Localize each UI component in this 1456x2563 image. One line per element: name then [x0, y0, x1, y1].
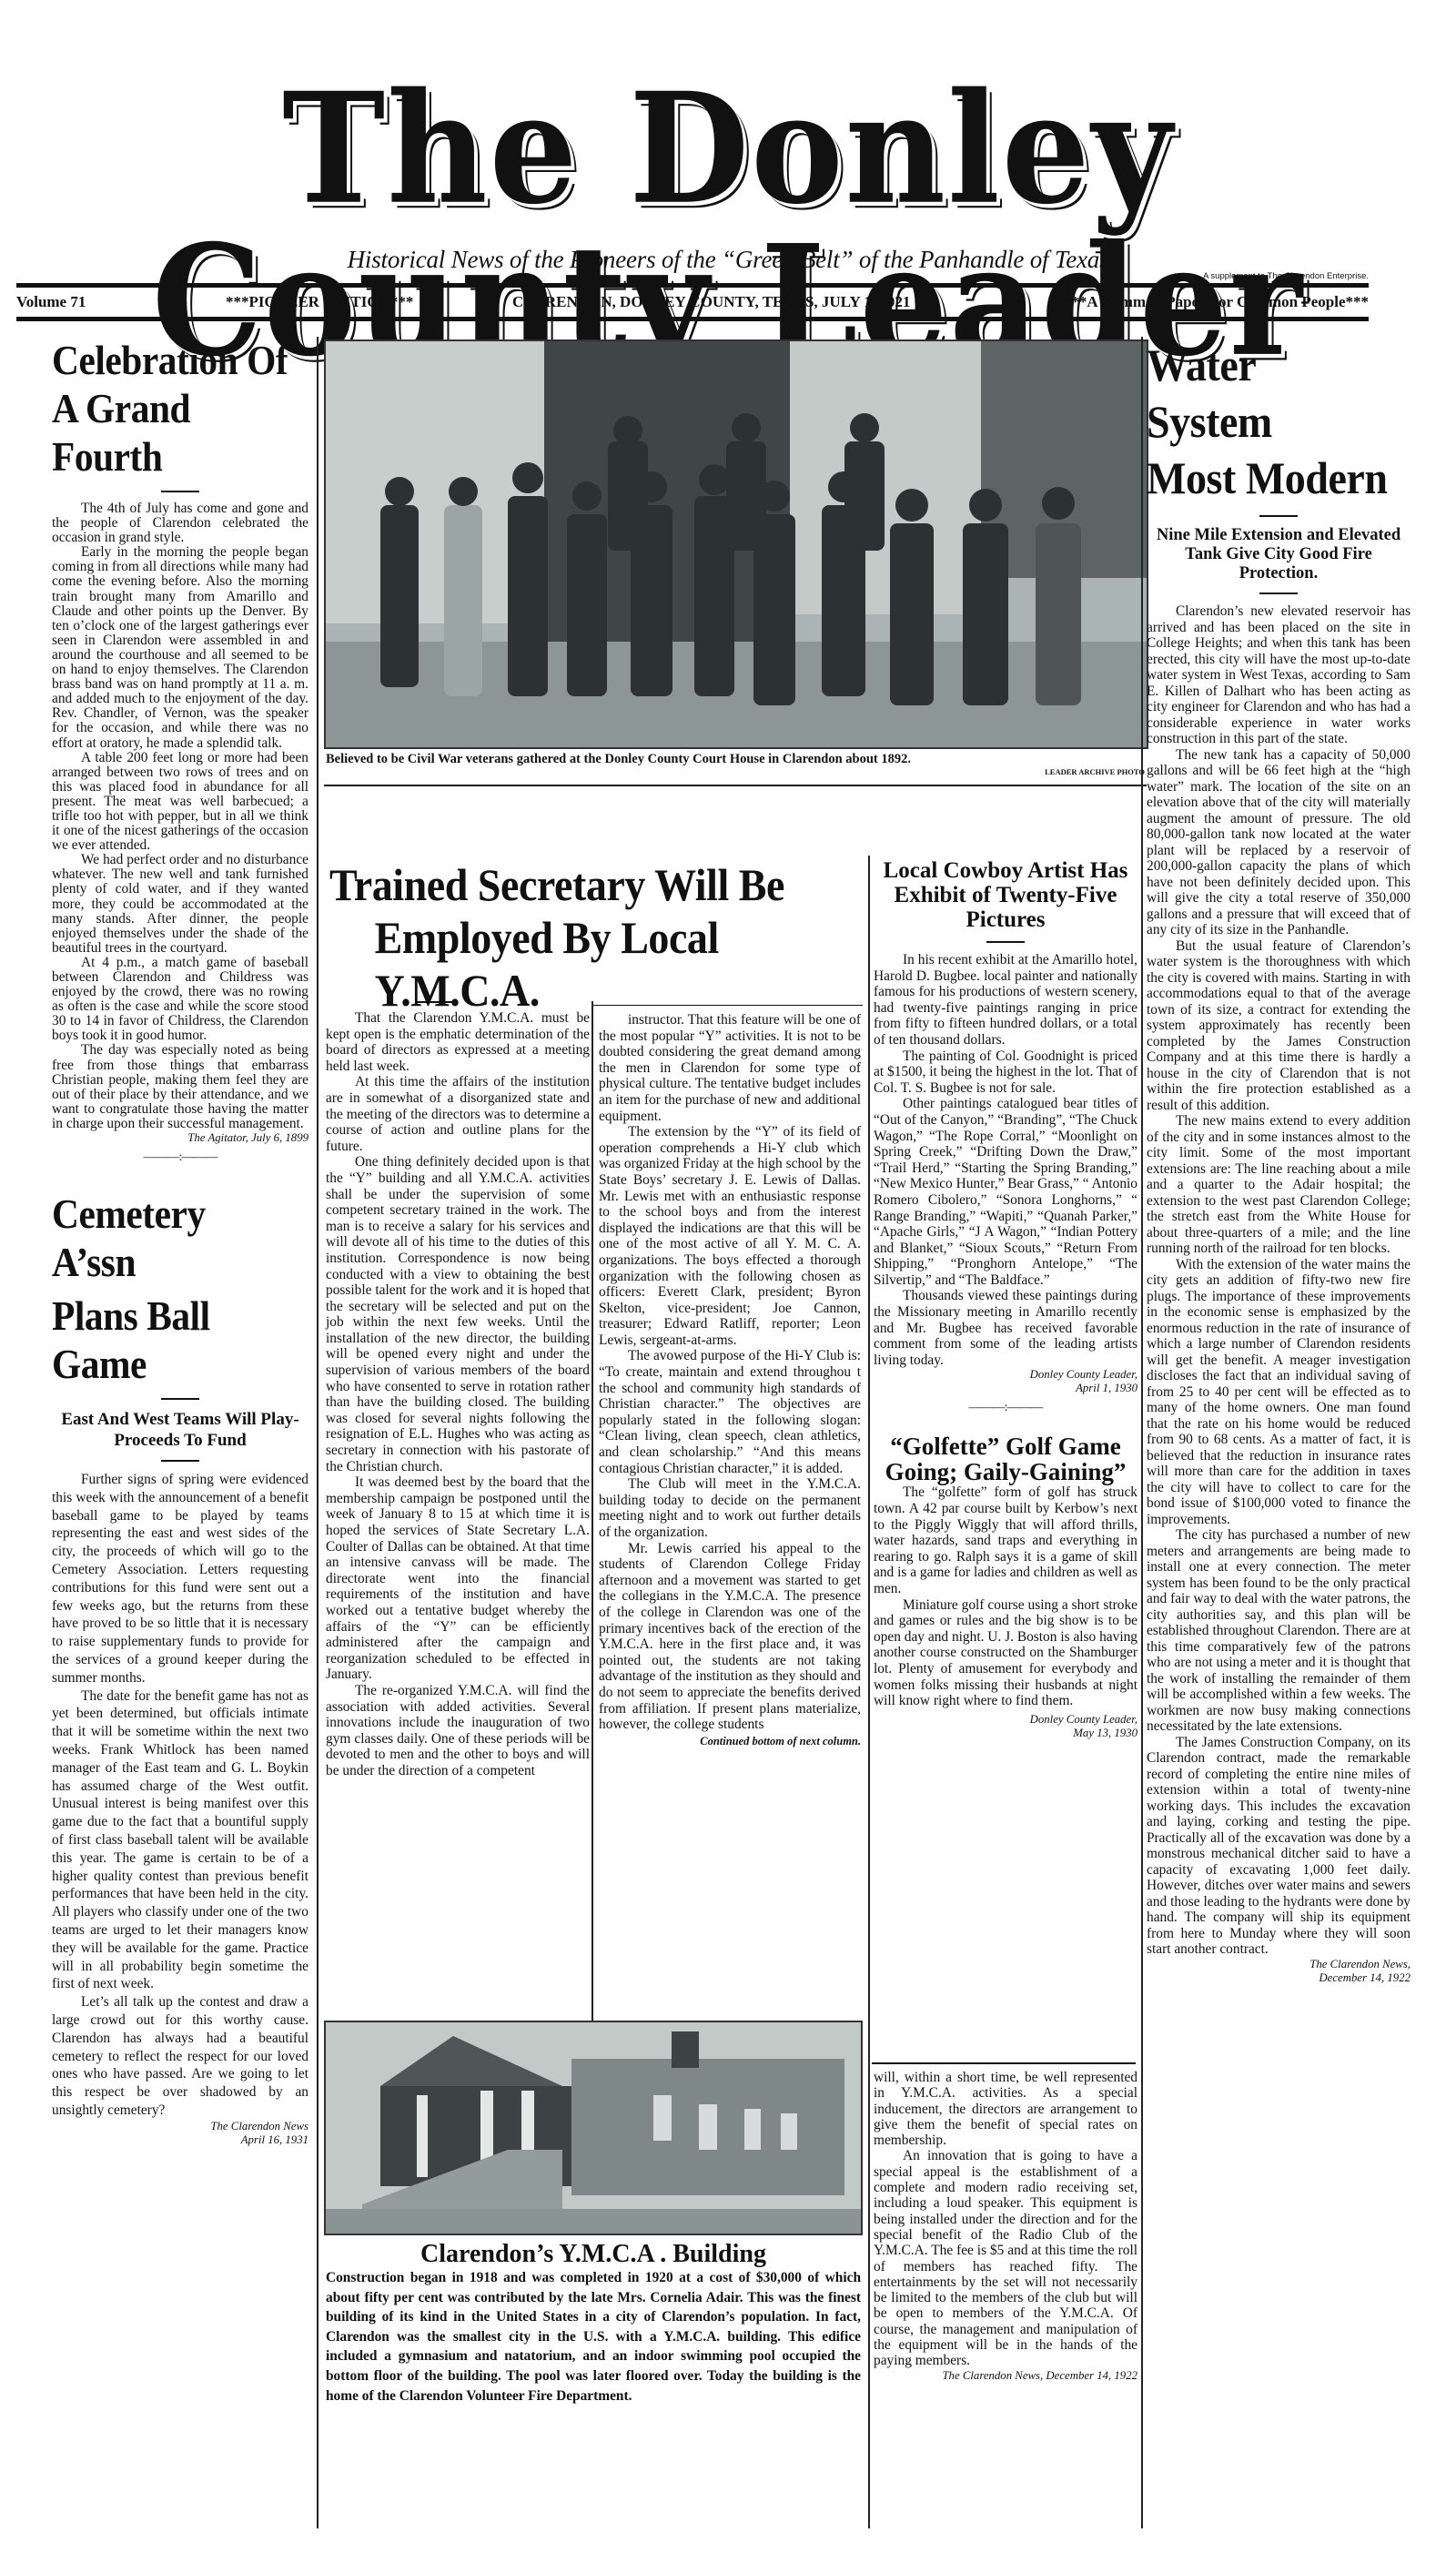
paragraph: At this time the affairs of the institut…: [326, 1074, 590, 1154]
paragraph: The re-organized Y.M.C.A. will find the …: [326, 1683, 590, 1779]
paragraph: will, within a short time, be well repre…: [874, 2070, 1137, 2148]
separator: ———:———: [874, 1401, 1137, 1415]
column-rule: [868, 856, 870, 2528]
headline: Trained Secretary Will Be: [329, 858, 824, 911]
paragraph: The date for the benefit game has not as…: [52, 1687, 308, 1994]
paragraph: The city has purchased a number of new m…: [1147, 1527, 1410, 1735]
article-water-system: Water System Most Modern Nine Mile Exten…: [1147, 337, 1410, 1985]
paragraph: The new mains extend to every addition o…: [1147, 1113, 1410, 1257]
headline: Local Cowboy Artist Has Exhibit of Twent…: [874, 858, 1137, 932]
motto: ***A Common Paper For Common People***: [1064, 293, 1369, 311]
separator: ———:———: [52, 1150, 308, 1165]
paragraph: An innovation that is going to have a sp…: [874, 2148, 1137, 2368]
paragraph: The Club will meet in the Y.M.C.A. build…: [599, 1476, 861, 1540]
top-rule: [16, 283, 1369, 288]
place-date: CLARENDON, DONLEY COUNTY, TEXAS, JULY 1,…: [512, 293, 910, 311]
dateline: Volume 71 ***PIONEER EDITION*** CLARENDO…: [16, 289, 1369, 315]
article-cowboy-artist: Local Cowboy Artist Has Exhibit of Twent…: [874, 858, 1137, 1740]
divider: [1259, 593, 1298, 594]
headline: “Golfette” Golf Game Going; Gaily-Gainin…: [874, 1433, 1137, 1484]
paragraph: With the extension of the water mains th…: [1147, 1257, 1410, 1528]
paragraph: The new tank has a capacity of 50,000 ga…: [1147, 747, 1410, 938]
paragraph: We had perfect order and no disturbance …: [52, 853, 308, 956]
divider: [1259, 515, 1298, 517]
photo-bottom-rule: [324, 785, 1147, 786]
ymca-column-2: instructor. That this feature will be on…: [599, 1012, 861, 1748]
subhead: East And West Teams Will Play-Proceeds T…: [52, 1409, 308, 1451]
veterans-photo: [324, 339, 1148, 749]
paragraph: In his recent exhibit at the Amarillo ho…: [874, 952, 1137, 1048]
continuation-rule: [872, 2062, 1136, 2064]
source-date: April 1, 1930: [874, 1382, 1137, 1395]
source-citation: Donley County Leader,: [874, 1713, 1137, 1727]
ymca-building-photo: [324, 2021, 863, 2235]
source-citation: The Agitator, July 6, 1899: [52, 1131, 308, 1145]
photo-caption: Believed to be Civil War veterans gather…: [326, 752, 1145, 767]
divider: [161, 1398, 199, 1400]
source-citation: The Clarendon News,: [1147, 1958, 1410, 1971]
paragraph: instructor. That this feature will be on…: [599, 1012, 861, 1124]
paragraph: Let’s all talk up the contest and draw a…: [52, 1993, 308, 2120]
veterans-caption-block: Believed to be Civil War veterans gather…: [326, 752, 1145, 776]
photo-title: Clarendon’s Y.M.C.A . Building: [326, 2241, 861, 2268]
ymca-column-top-rule: [593, 1005, 863, 1006]
paragraph: It was deemed best by the board that the…: [326, 1474, 590, 1683]
source-date: May 13, 1930: [874, 1727, 1137, 1740]
bottom-rule: [16, 317, 1369, 321]
column-rule: [317, 337, 318, 2528]
paragraph: Early in the morning the people began co…: [52, 545, 308, 750]
ymca-building-caption-block: Clarendon’s Y.M.C.A . Building Construct…: [326, 2241, 861, 2406]
divider: [417, 1001, 455, 1003]
paragraph: The James Construction Company, on its C…: [1147, 1735, 1410, 1958]
source-citation: Donley County Leader,: [874, 1368, 1137, 1382]
column-rule: [591, 1001, 593, 2066]
divider: [161, 1460, 199, 1462]
volume-label: Volume 71: [16, 293, 86, 311]
paragraph: Thousands viewed these paintings during …: [874, 1288, 1137, 1368]
divider: [986, 941, 1025, 943]
ymca-building-illustration: [326, 2022, 863, 2235]
paragraph: Clarendon’s new elevated reservoir has a…: [1147, 603, 1410, 747]
veterans-photo-illustration: [326, 341, 1148, 749]
paragraph: A table 200 feet long or more had been a…: [52, 751, 308, 854]
paragraph: The avowed purpose of the Hi-Y Club is: …: [599, 1348, 861, 1476]
paragraph: Miniature golf course using a short stro…: [874, 1597, 1137, 1709]
article-celebration: Celebration Of A Grand Fourth The 4th of…: [52, 337, 308, 2147]
headline: Water System: [1147, 337, 1390, 450]
paragraph: Further signs of spring were evidenced t…: [52, 1471, 308, 1687]
photo-credit: LEADER ARCHIVE PHOTO: [326, 767, 1145, 776]
supplement-note: A supplement to The Clarendon Enterprise…: [1203, 271, 1369, 281]
divider: [161, 491, 199, 492]
paragraph: The day was especially noted as being fr…: [52, 1043, 308, 1131]
source-citation: The Clarendon News, December 14, 1922: [874, 2369, 1137, 2383]
ymca-column-1: That the Clarendon Y.M.C.A. must be kept…: [326, 1001, 590, 1779]
photo-caption: Construction began in 1918 and was compl…: [326, 2268, 861, 2406]
headline: A Grand Fourth: [52, 385, 288, 481]
continued-note[interactable]: Continued bottom of next column.: [599, 1735, 861, 1748]
source-date: April 16, 1931: [52, 2133, 308, 2147]
subhead: Nine Mile Extension and Elevated Tank Gi…: [1147, 526, 1410, 583]
paragraph: The painting of Col. Goodnight is priced…: [874, 1048, 1137, 1097]
paragraph: Other paintings catalogued bear titles o…: [874, 1096, 1137, 1288]
source-date: December 14, 1922: [1147, 1971, 1410, 1985]
headline: Cemetery A’ssn: [52, 1190, 288, 1287]
column-rule: [1141, 337, 1143, 2528]
paragraph: That the Clarendon Y.M.C.A. must be kept…: [326, 1010, 590, 1074]
paragraph: The 4th of July has come and gone and th…: [52, 501, 308, 545]
ymca-continuation: will, within a short time, be well repre…: [874, 2070, 1137, 2383]
paragraph: The “golfette” form of golf has struck t…: [874, 1484, 1137, 1596]
headline: Plans Ball Game: [52, 1292, 288, 1389]
edition-label: ***PIONEER EDITION***: [226, 293, 413, 311]
headline: Celebration Of: [52, 337, 288, 385]
source-citation: The Clarendon News: [52, 2120, 308, 2133]
paragraph: The extension by the “Y” of its field of…: [599, 1124, 861, 1348]
paragraph: But the usual feature of Clarendon’s wat…: [1147, 938, 1410, 1114]
paragraph: One thing definitely decided upon is tha…: [326, 1154, 590, 1474]
headline: Most Modern: [1147, 450, 1390, 506]
paragraph: At 4 p.m., a match game of baseball betw…: [52, 956, 308, 1044]
tagline: Historical News of the Pioneers of the “…: [0, 246, 1456, 274]
ymca-headline-block: Trained Secretary Will Be Employed By Lo…: [329, 858, 866, 1017]
masthead-title: The Donley County Leader: [18, 73, 1438, 377]
paragraph: Mr. Lewis carried his appeal to the stud…: [599, 1541, 861, 1733]
